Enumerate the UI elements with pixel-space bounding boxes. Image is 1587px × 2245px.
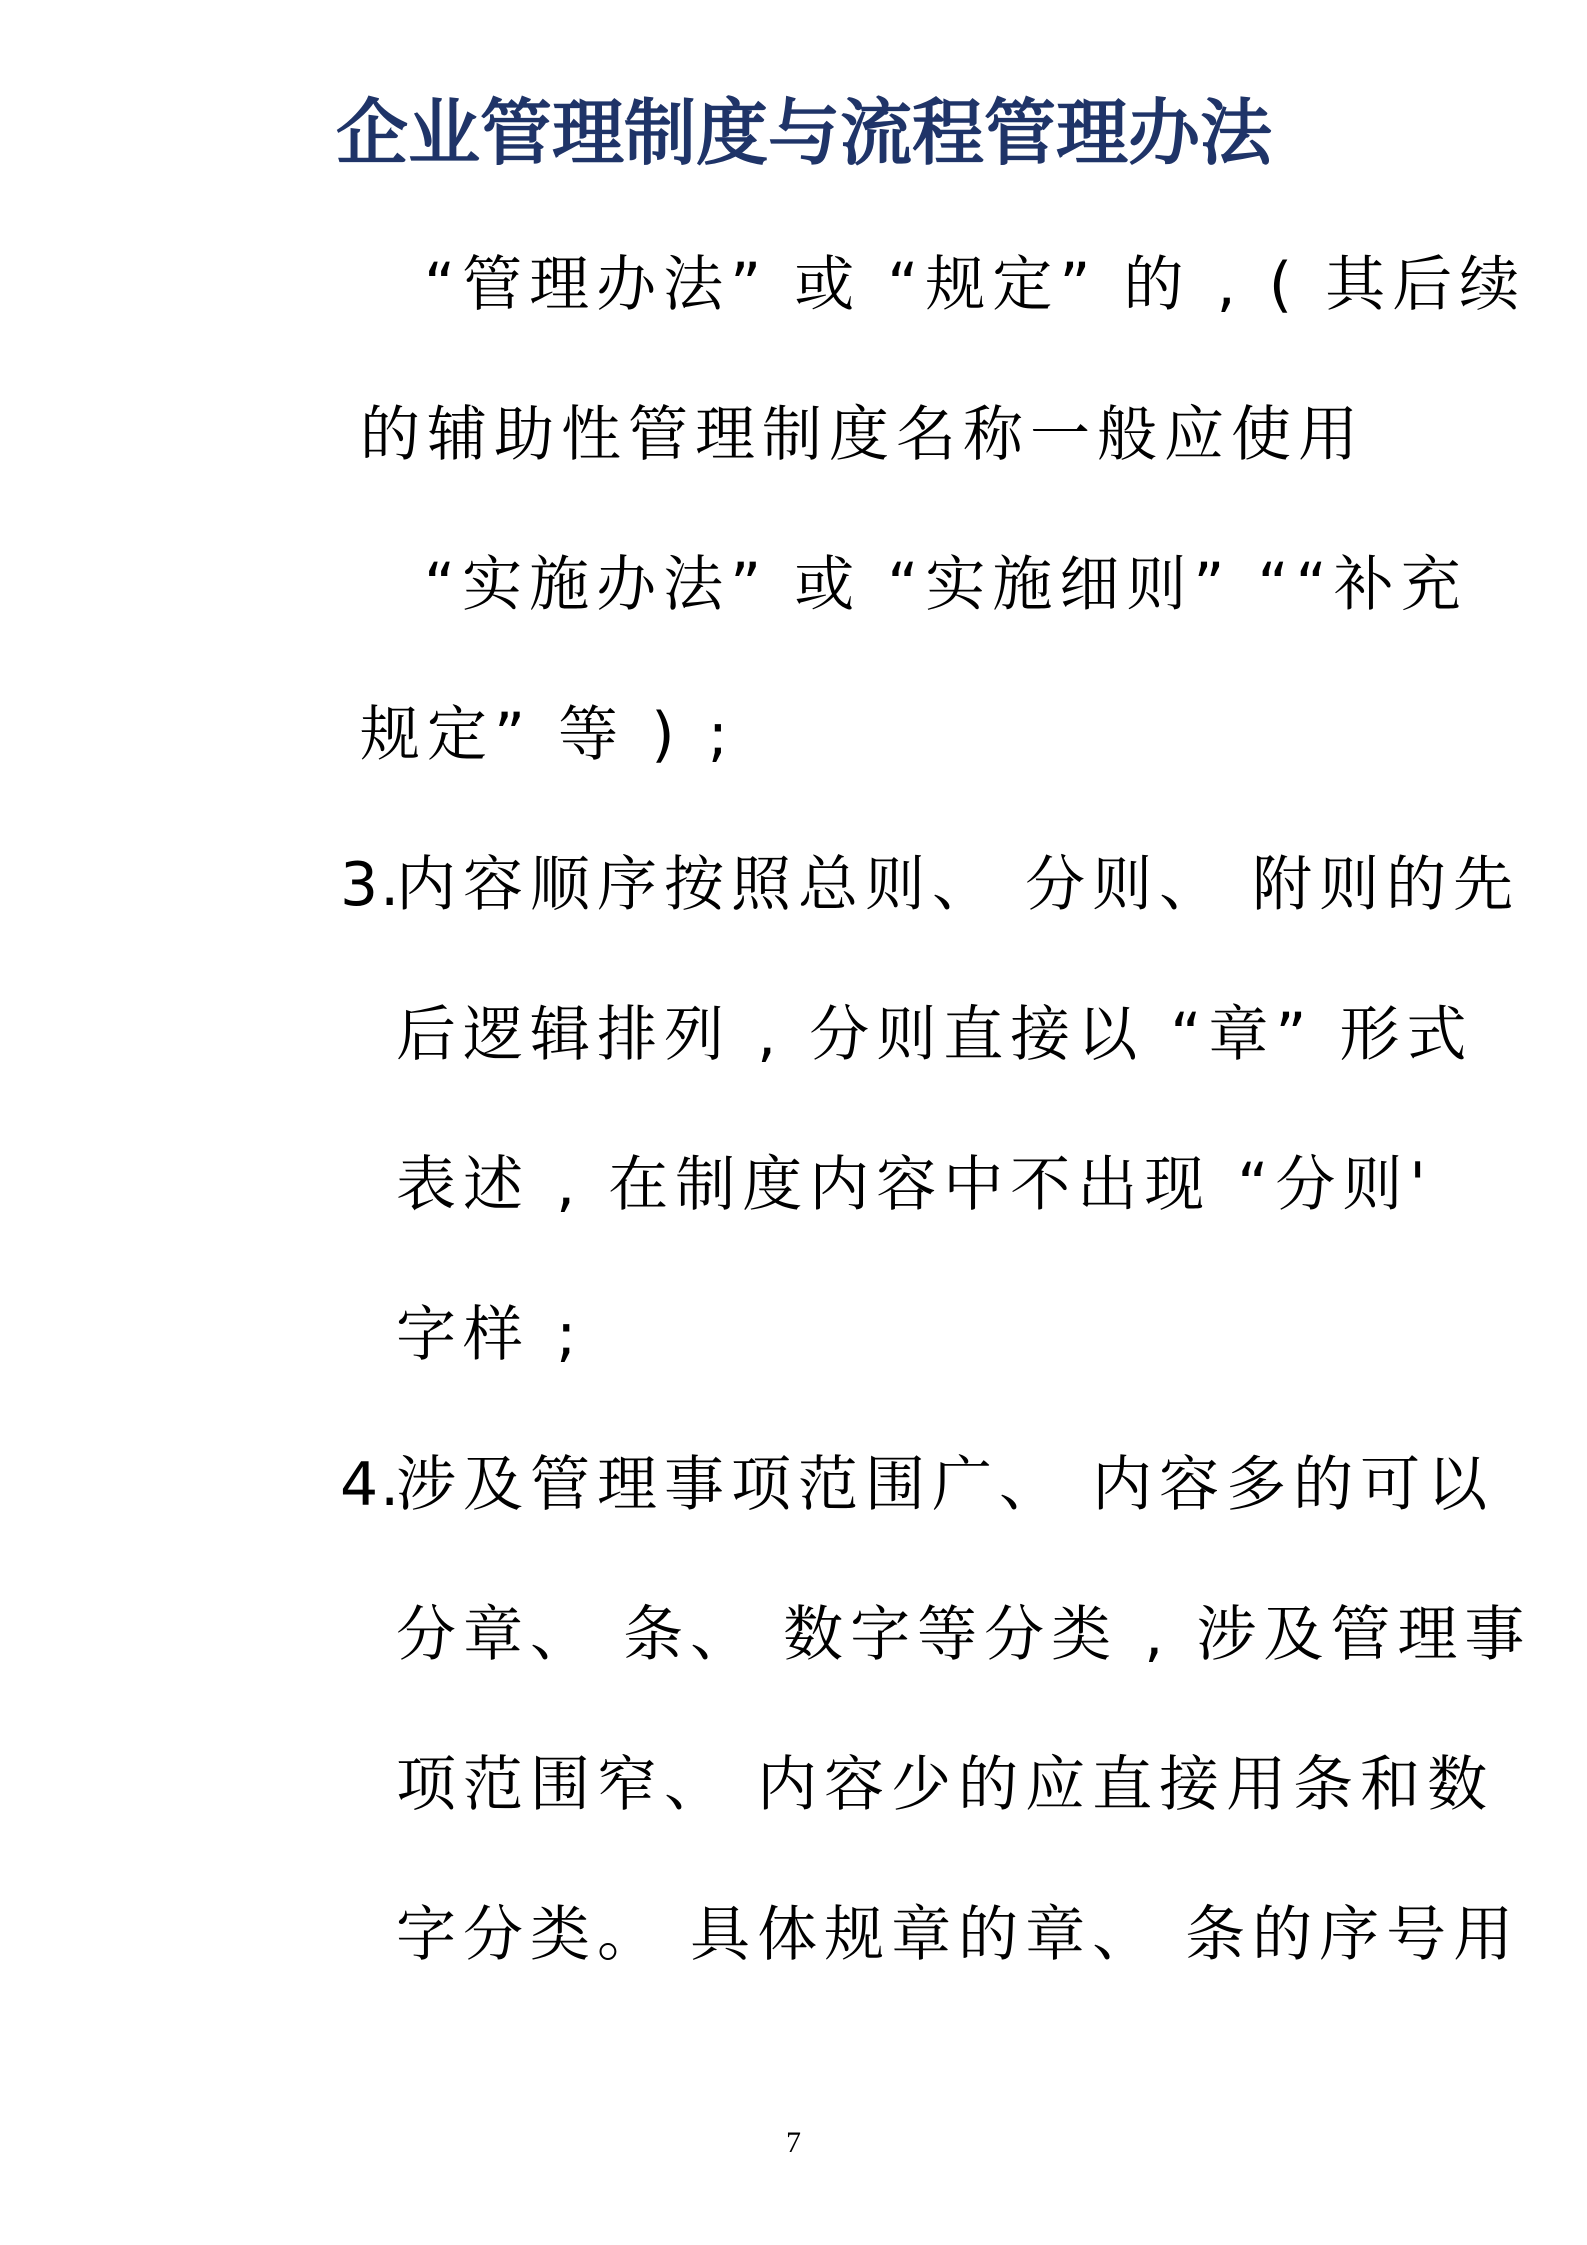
text-line: “实施办法” 或 “实施细则” ““补充 [0, 510, 1587, 660]
text-line: 涉及管理事项范围广、 内容多的可以 [0, 1410, 1587, 1560]
text-line: “管理办法” 或 “规定” 的 , ( 其后续 [0, 210, 1587, 360]
continuation-paragraph: “管理办法” 或 “规定” 的 , ( 其后续 的辅助性管理制度名称一般应使用 … [0, 210, 1587, 810]
list-item-3: 3. 内容顺序按照总则、 分则、 附则的先 后逻辑排列 , 分则直接以 “章” … [0, 810, 1587, 1410]
body-text: “管理办法” 或 “规定” 的 , ( 其后续 的辅助性管理制度名称一般应使用 … [0, 210, 1587, 2010]
text-line: 项范围窄、 内容少的应直接用条和数 [0, 1710, 1587, 1860]
text-line: 规定” 等 ) ; [0, 660, 1587, 810]
list-marker: 4. [340, 1410, 401, 1560]
text-line: 字样 ; [0, 1260, 1587, 1410]
list-marker: 3. [340, 810, 401, 960]
text-line: 后逻辑排列 , 分则直接以 “章” 形式 [0, 960, 1587, 1110]
text-line: 表述 , 在制度内容中不出现 “分则' [0, 1110, 1587, 1260]
page-number: 7 [0, 2126, 1587, 2160]
list-item-4: 4. 涉及管理事项范围广、 内容多的可以 分章、 条、 数字等分类 , 涉及管理… [0, 1410, 1587, 2010]
document-page: 企业管理制度与流程管理办法 “管理办法” 或 “规定” 的 , ( 其后续 的辅… [0, 0, 1587, 2245]
text-line: 内容顺序按照总则、 分则、 附则的先 [0, 810, 1587, 960]
text-line: 的辅助性管理制度名称一般应使用 [0, 360, 1587, 510]
page-title: 企业管理制度与流程管理办法 [336, 88, 1272, 178]
text-line: 字分类。 具体规章的章、 条的序号用 [0, 1860, 1587, 2010]
text-line: 分章、 条、 数字等分类 , 涉及管理事 [0, 1560, 1587, 1710]
